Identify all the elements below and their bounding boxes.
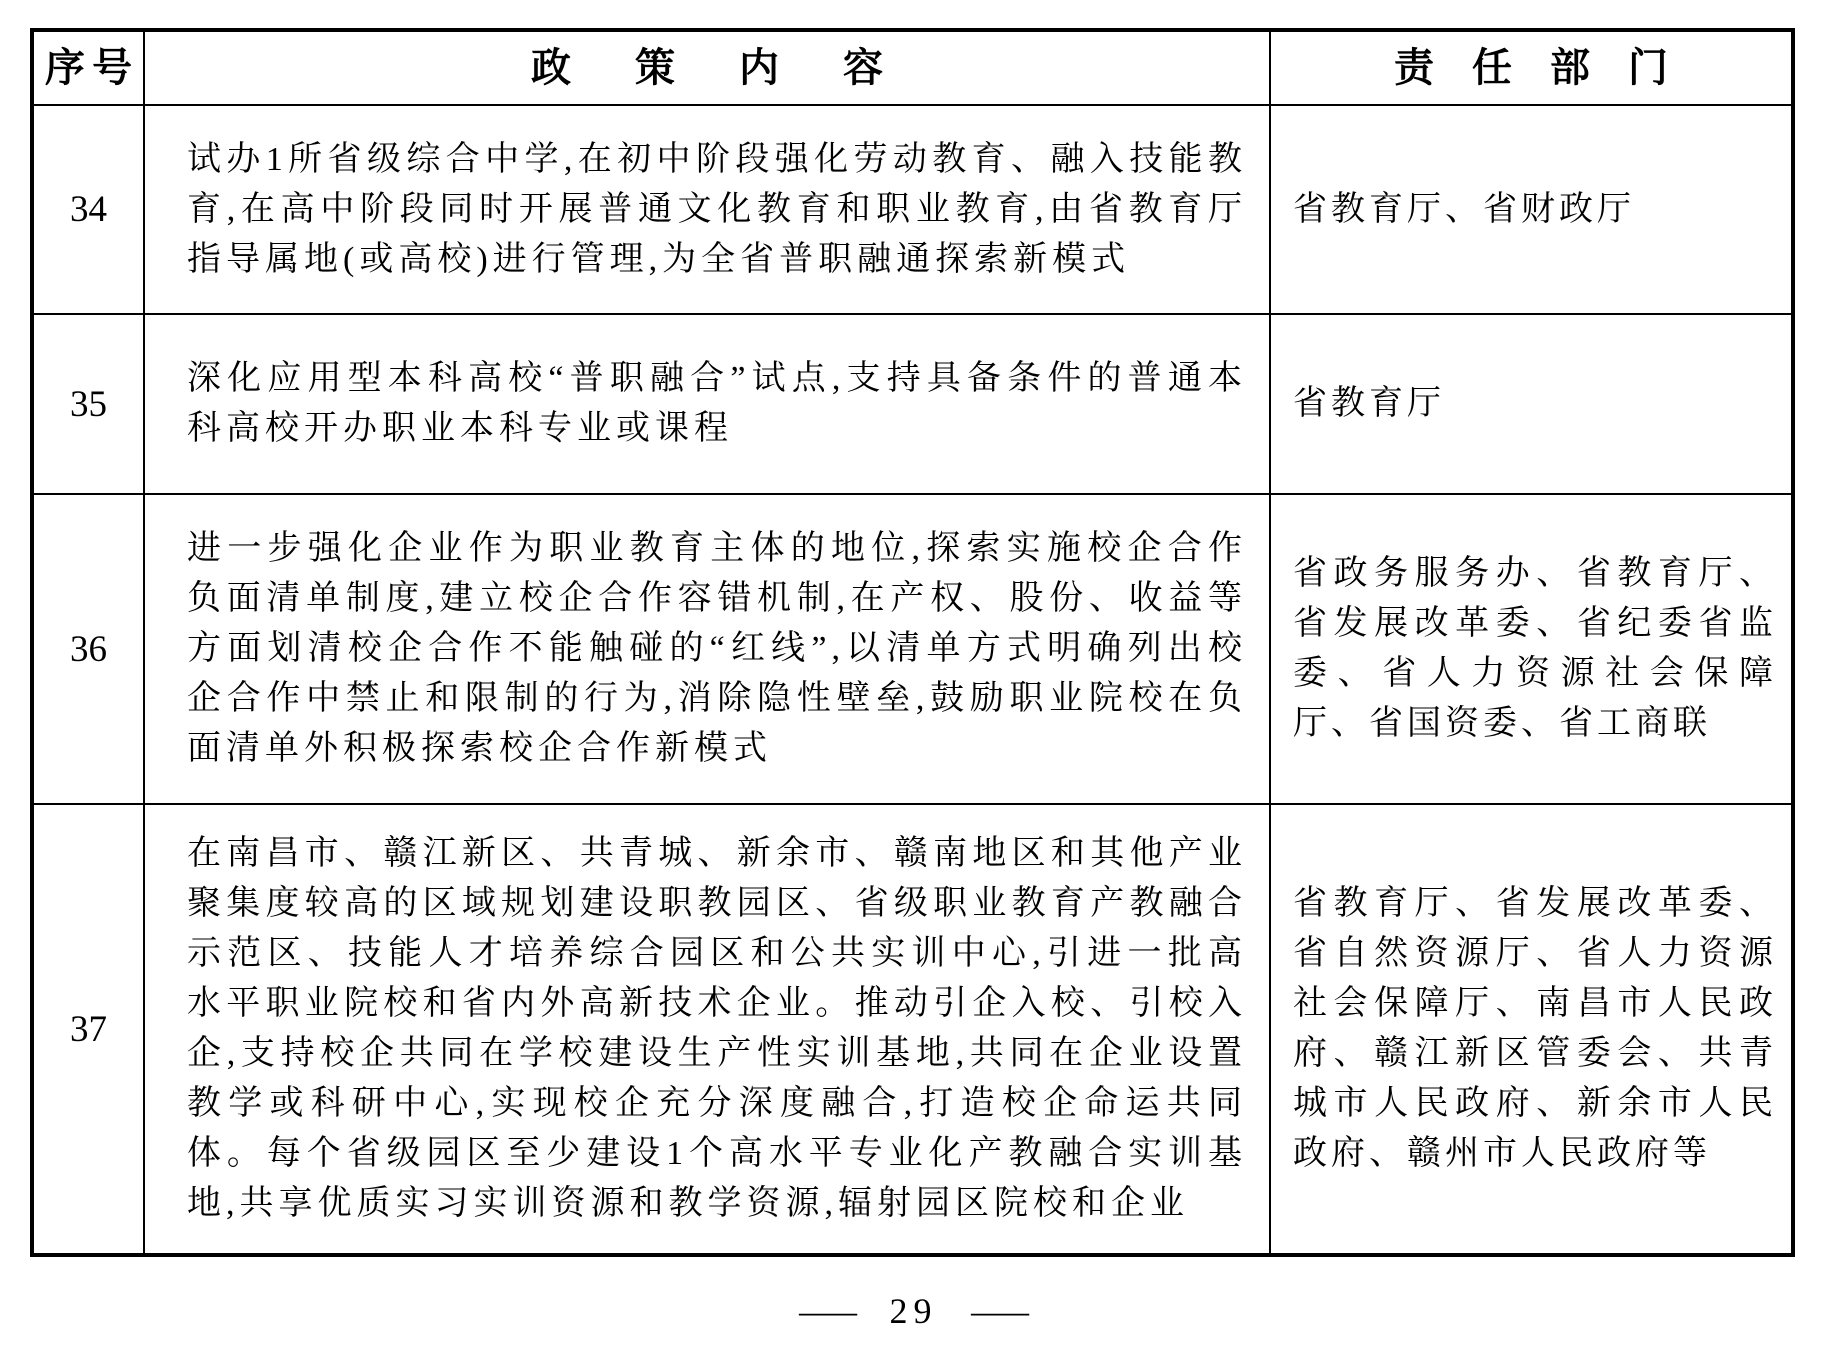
- row-34-index-cell: 34: [34, 106, 145, 315]
- row-35-department-text: 省教育厅: [1293, 379, 1777, 429]
- header-index-label: 序号: [38, 48, 140, 88]
- row-35-department-cell: 省教育厅: [1271, 315, 1791, 495]
- header-cell-content: 政策内容: [145, 32, 1271, 106]
- footer-right-dash: —: [971, 1290, 1029, 1333]
- page-footer: —29—: [0, 1290, 1827, 1333]
- row-36-department-cell: 省政务服务办、省教育厅、省发展改革委、省纪委省监委、省人力资源社会保障厅、省国资…: [1271, 495, 1791, 805]
- page-number: 29: [890, 1290, 938, 1333]
- row-34-index: 34: [70, 191, 107, 228]
- row-36-index-cell: 36: [34, 495, 145, 805]
- row-34-policy-text: 试办1所省级综合中学,在初中阶段强化劳动教育、融入技能教育,在高中阶段同时开展普…: [187, 135, 1247, 285]
- header-content-label: 政策内容: [467, 48, 947, 88]
- row-37-department-text: 省教育厅、省发展改革委、省自然资源厅、省人力资源社会保障厅、南昌市人民政府、赣江…: [1293, 879, 1777, 1179]
- row-36-department-text: 省政务服务办、省教育厅、省发展改革委、省纪委省监委、省人力资源社会保障厅、省国资…: [1293, 549, 1777, 749]
- footer-left-dash: —: [799, 1290, 857, 1333]
- row-34-department-cell: 省教育厅、省财政厅: [1271, 106, 1791, 315]
- row-37-department-cell: 省教育厅、省发展改革委、省自然资源厅、省人力资源社会保障厅、南昌市人民政府、赣江…: [1271, 805, 1791, 1253]
- row-37-content-cell: 在南昌市、赣江新区、共青城、新余市、赣南地区和其他产业聚集度较高的区域规划建设职…: [145, 805, 1271, 1253]
- row-37-index: 37: [70, 1011, 107, 1048]
- policy-table: 序号 政策内容 责任部门 34 试办1所省级综合中学,在初中阶段强化劳动教育、融…: [30, 28, 1795, 1257]
- row-37-policy-text: 在南昌市、赣江新区、共青城、新余市、赣南地区和其他产业聚集度较高的区域规划建设职…: [187, 829, 1247, 1229]
- row-36-content-cell: 进一步强化企业作为职业教育主体的地位,探索实施校企合作负面清单制度,建立校企合作…: [145, 495, 1271, 805]
- row-36-index: 36: [70, 631, 107, 668]
- header-cell-index: 序号: [34, 32, 145, 106]
- row-34-department-text: 省教育厅、省财政厅: [1293, 185, 1777, 235]
- row-35-index-cell: 35: [34, 315, 145, 495]
- row-35-policy-text: 深化应用型本科高校“普职融合”试点,支持具备条件的普通本科高校开办职业本科专业或…: [187, 354, 1247, 454]
- row-35-content-cell: 深化应用型本科高校“普职融合”试点,支持具备条件的普通本科高校开办职业本科专业或…: [145, 315, 1271, 495]
- row-35-index: 35: [70, 386, 107, 423]
- row-34-content-cell: 试办1所省级综合中学,在初中阶段强化劳动教育、融入技能教育,在高中阶段同时开展普…: [145, 106, 1271, 315]
- row-37-index-cell: 37: [34, 805, 145, 1253]
- header-department-label: 责任部门: [1356, 48, 1706, 88]
- header-cell-department: 责任部门: [1271, 32, 1791, 106]
- row-36-policy-text: 进一步强化企业作为职业教育主体的地位,探索实施校企合作负面清单制度,建立校企合作…: [187, 524, 1247, 774]
